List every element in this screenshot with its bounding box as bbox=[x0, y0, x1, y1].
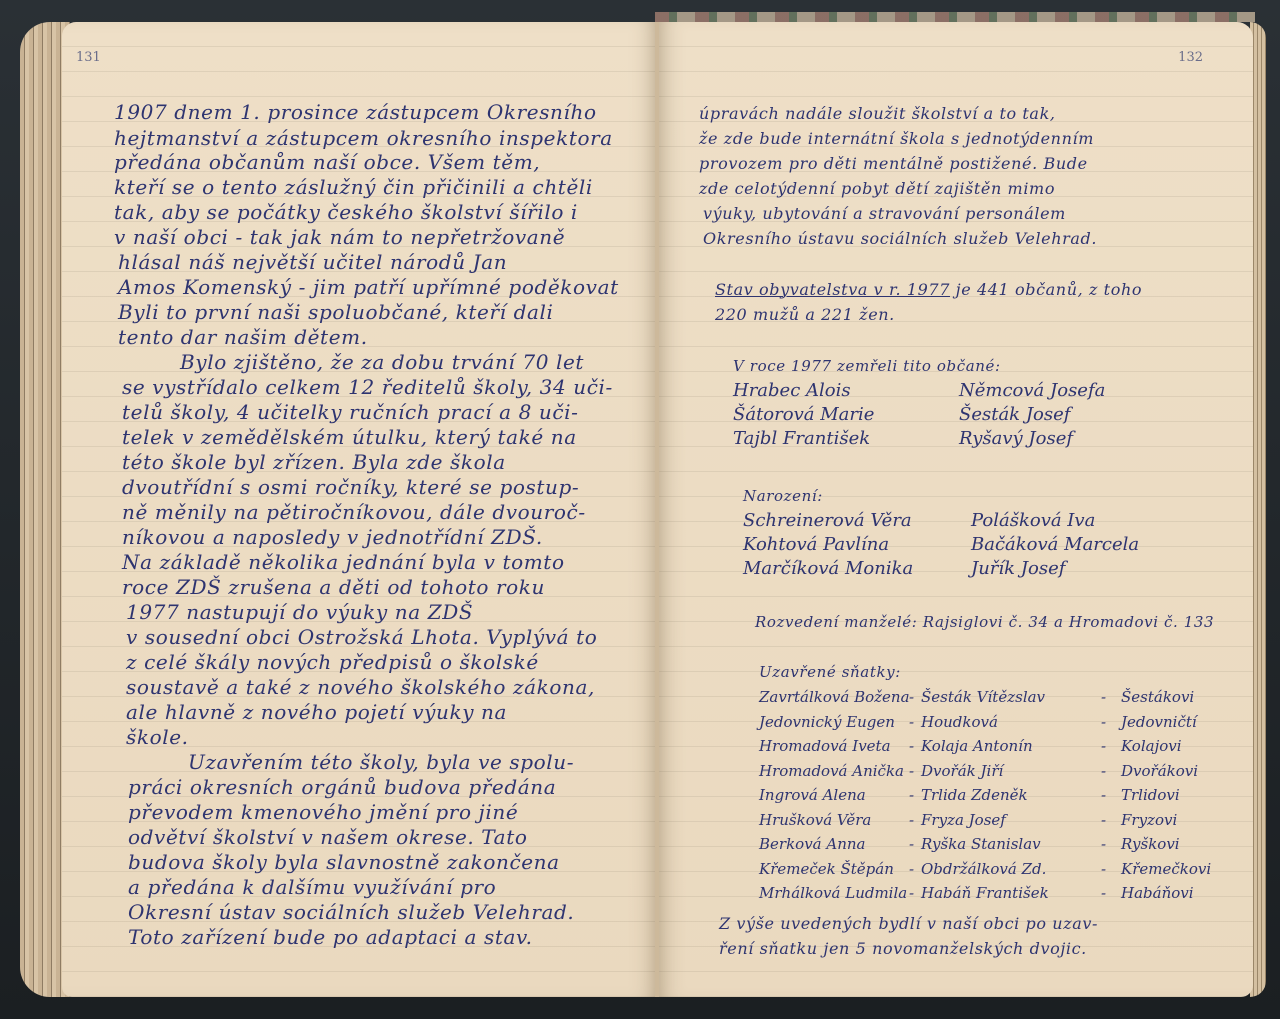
marriages-heading: Uzavřené sňatky: bbox=[759, 660, 901, 684]
text-line: předána občanům naší obce. Všem těm, bbox=[114, 150, 540, 174]
population-count: je 441 občanů, z toho bbox=[950, 280, 1142, 299]
page-number: 132 bbox=[1178, 50, 1203, 65]
marriage-row: Jedovnický Eugen- Houdková- Jedovničtí bbox=[759, 710, 1229, 735]
birth-entry: Bačáková Marcela bbox=[971, 533, 1139, 557]
text-line: tak, aby se počátky českého školství šíř… bbox=[114, 200, 578, 224]
text-line: provozem pro děti mentálně postižené. Bu… bbox=[699, 152, 1088, 176]
marriage-person: Berková Anna bbox=[759, 832, 909, 857]
text-line: v naší obci - tak jak nám to nepřetržova… bbox=[114, 225, 565, 249]
divorces-line: Rozvedení manželé: Rajsiglovi č. 34 a Hr… bbox=[755, 610, 1214, 634]
marriage-person: Mrhálková Ludmila bbox=[759, 881, 909, 906]
marriage-row: Berková Anna- Ryška Stanislav- Ryškovi bbox=[759, 832, 1229, 857]
text-line: telů školy, 4 učitelky ručních prací a 8… bbox=[122, 400, 579, 424]
text-line: hlásal náš největší učitel národů Jan bbox=[118, 250, 507, 274]
page-number: 131 bbox=[76, 50, 101, 65]
death-entry: Šesták Josef bbox=[959, 403, 1105, 427]
death-entry: Hrabec Alois bbox=[733, 379, 874, 403]
death-entry: Ryšavý Josef bbox=[959, 427, 1105, 451]
marriage-person: Křemeček Štěpán bbox=[759, 857, 909, 882]
births-col-2: Polášková Iva Bačáková Marcela Juřík Jos… bbox=[971, 509, 1139, 581]
text-line: Okresní ústav sociálních služeb Velehrad… bbox=[128, 900, 574, 924]
marriage-person: Hromadová Anička bbox=[759, 759, 909, 784]
text-line: hejtmanství a zástupcem okresního inspek… bbox=[114, 126, 613, 150]
marriage-partner: Ryška Stanislav bbox=[921, 832, 1101, 857]
marriage-partner: Habáň František bbox=[921, 881, 1101, 906]
text-line: telek v zemědělském útulku, který také n… bbox=[122, 425, 577, 449]
left-page: 131 1907 dnem 1. prosince zástupcem Okre… bbox=[62, 22, 657, 997]
text-line: ale hlavně z nového pojetí výuky na bbox=[126, 700, 507, 724]
birth-entry: Schreinerová Věra bbox=[743, 509, 913, 533]
marriage-couple: Fryzovi bbox=[1121, 808, 1177, 833]
text-line: Byli to první naši spoluobčané, kteří da… bbox=[118, 300, 554, 324]
population-breakdown: 220 mužů a 221 žen. bbox=[715, 303, 895, 327]
text-line: ně měnily na pětiročníkovou, dále dvouro… bbox=[122, 500, 586, 524]
text-line: této škole byl zřízen. Byla zde škola bbox=[122, 450, 506, 474]
marriage-partner: Trlida Zdeněk bbox=[921, 783, 1101, 808]
marriage-row: Mrhálková Ludmila- Habáň František- Habá… bbox=[759, 881, 1229, 906]
marriage-partner: Fryza Josef bbox=[921, 808, 1101, 833]
text-line: výuky, ubytování a stravování personálem bbox=[703, 202, 1066, 226]
text-line: se vystřídalo celkem 12 ředitelů školy, … bbox=[122, 375, 613, 399]
marriage-partner: Obdržálková Zd. bbox=[921, 857, 1101, 882]
marriage-partner: Šesták Vítězslav bbox=[921, 685, 1101, 710]
birth-entry: Juřík Josef bbox=[971, 557, 1139, 581]
marriage-row: Hrušková Věra- Fryza Josef- Fryzovi bbox=[759, 808, 1229, 833]
text-line: práci okresních orgánů budova předána bbox=[128, 775, 556, 799]
marriage-person: Hrušková Věra bbox=[759, 808, 909, 833]
marriage-couple: Jedovničtí bbox=[1121, 710, 1197, 735]
marriage-person: Jedovnický Eugen bbox=[759, 710, 909, 735]
marriage-row: Ingrová Alena- Trlida Zdeněk- Trlidovi bbox=[759, 783, 1229, 808]
births-col-1: Schreinerová Věra Kohtová Pavlína Marčík… bbox=[743, 509, 913, 581]
text-line: Bylo zjištěno, že za dobu trvání 70 let bbox=[180, 350, 584, 374]
marriage-couple: Kolajovi bbox=[1121, 734, 1182, 759]
text-line: budova školy byla slavnostně zakončena bbox=[128, 850, 560, 874]
text-line: Amos Komenský - jim patří upřímné poděko… bbox=[118, 275, 619, 299]
deaths-heading: V roce 1977 zemřeli tito občané: bbox=[733, 354, 1001, 378]
marriage-person: Ingrová Alena bbox=[759, 783, 909, 808]
deaths-col-1: Hrabec Alois Šátorová Marie Tajbl Franti… bbox=[733, 379, 874, 451]
marriage-row: Hromadová Iveta- Kolaja Antonín- Kolajov… bbox=[759, 734, 1229, 759]
marriage-partner: Houdková bbox=[921, 710, 1101, 735]
deaths-col-2: Němcová Josefa Šesták Josef Ryšavý Josef bbox=[959, 379, 1105, 451]
text-line: ření sňatku jen 5 novomanželských dvojic… bbox=[719, 937, 1087, 961]
marriage-couple: Křemečkovi bbox=[1121, 857, 1211, 882]
marriage-row: Křemeček Štěpán- Obdržálková Zd.- Křemeč… bbox=[759, 857, 1229, 882]
birth-entry: Marčíková Monika bbox=[743, 557, 913, 581]
marriage-row: Zavrtálková Božena- Šesták Vítězslav- Še… bbox=[759, 685, 1229, 710]
text-line: 1907 dnem 1. prosince zástupcem Okresníh… bbox=[114, 100, 597, 124]
text-line: Z výše uvedených bydlí v naší obci po uz… bbox=[719, 912, 1098, 936]
marriage-couple: Dvořákovi bbox=[1121, 759, 1198, 784]
text-line: Uzavřením této školy, byla ve spolu- bbox=[188, 750, 574, 774]
marriage-couple: Habáňovi bbox=[1121, 881, 1194, 906]
death-entry: Tajbl František bbox=[733, 427, 874, 451]
birth-entry: Kohtová Pavlína bbox=[743, 533, 913, 557]
births-heading: Narození: bbox=[743, 484, 823, 508]
marriage-couple: Trlidovi bbox=[1121, 783, 1180, 808]
text-line: a předána k dalšímu využívání pro bbox=[128, 875, 496, 899]
marriage-partner: Kolaja Antonín bbox=[921, 734, 1101, 759]
text-line: převodem kmenového jmění pro jiné bbox=[128, 800, 518, 824]
text-line: níkovou a naposledy v jednotřídní ZDŠ. bbox=[122, 525, 543, 549]
marriage-person: Zavrtálková Božena bbox=[759, 685, 909, 710]
text-line: úpravách nadále sloužit školství a to ta… bbox=[699, 102, 1056, 126]
text-line: Toto zařízení bude po adaptaci a stav. bbox=[128, 925, 533, 949]
text-line: v sousední obci Ostrožská Lhota. Vyplývá… bbox=[126, 625, 597, 649]
text-line: 1977 nastupují do výuky na ZDŠ bbox=[126, 600, 473, 624]
text-line: kteří se o tento záslužný čin přičinili … bbox=[114, 175, 593, 199]
text-line: roce ZDŠ zrušena a děti od tohoto roku bbox=[122, 575, 545, 599]
marriage-partner: Dvořák Jiří bbox=[921, 759, 1101, 784]
right-page: 132 úpravách nadále sloužit školství a t… bbox=[659, 22, 1253, 997]
text-line: odvětví školství v našem okrese. Tato bbox=[128, 825, 528, 849]
text-line: tento dar našim dětem. bbox=[118, 325, 368, 349]
marriages-table: Zavrtálková Božena- Šesták Vítězslav- Še… bbox=[759, 685, 1229, 906]
headband bbox=[655, 12, 1255, 22]
text-line: z celé škály nových předpisů o školské bbox=[126, 650, 539, 674]
marriage-row: Hromadová Anička- Dvořák Jiří- Dvořákovi bbox=[759, 759, 1229, 784]
text-line: Okresního ústavu sociálních služeb Veleh… bbox=[703, 227, 1097, 251]
text-line: že zde bude internátní škola s jednotýde… bbox=[699, 127, 1094, 151]
text-line: škole. bbox=[126, 725, 189, 749]
text-line: Na základě několika jednání byla v tomto bbox=[122, 550, 565, 574]
marriage-person: Hromadová Iveta bbox=[759, 734, 909, 759]
population-heading: Stav obyvatelstva v r. 1977 bbox=[715, 280, 950, 299]
birth-entry: Polášková Iva bbox=[971, 509, 1139, 533]
text-line: dvoutřídní s osmi ročníky, které se post… bbox=[122, 475, 579, 499]
text-line: soustavě a také z nového školského zákon… bbox=[126, 675, 595, 699]
marriage-couple: Ryškovi bbox=[1121, 832, 1180, 857]
death-entry: Šátorová Marie bbox=[733, 403, 874, 427]
text-line: zde celotýdenní pobyt dětí zajištěn mimo bbox=[699, 177, 1055, 201]
marriage-couple: Šestákovi bbox=[1121, 685, 1194, 710]
death-entry: Němcová Josefa bbox=[959, 379, 1105, 403]
population-line: Stav obyvatelstva v r. 1977 je 441 občan… bbox=[715, 278, 1142, 302]
